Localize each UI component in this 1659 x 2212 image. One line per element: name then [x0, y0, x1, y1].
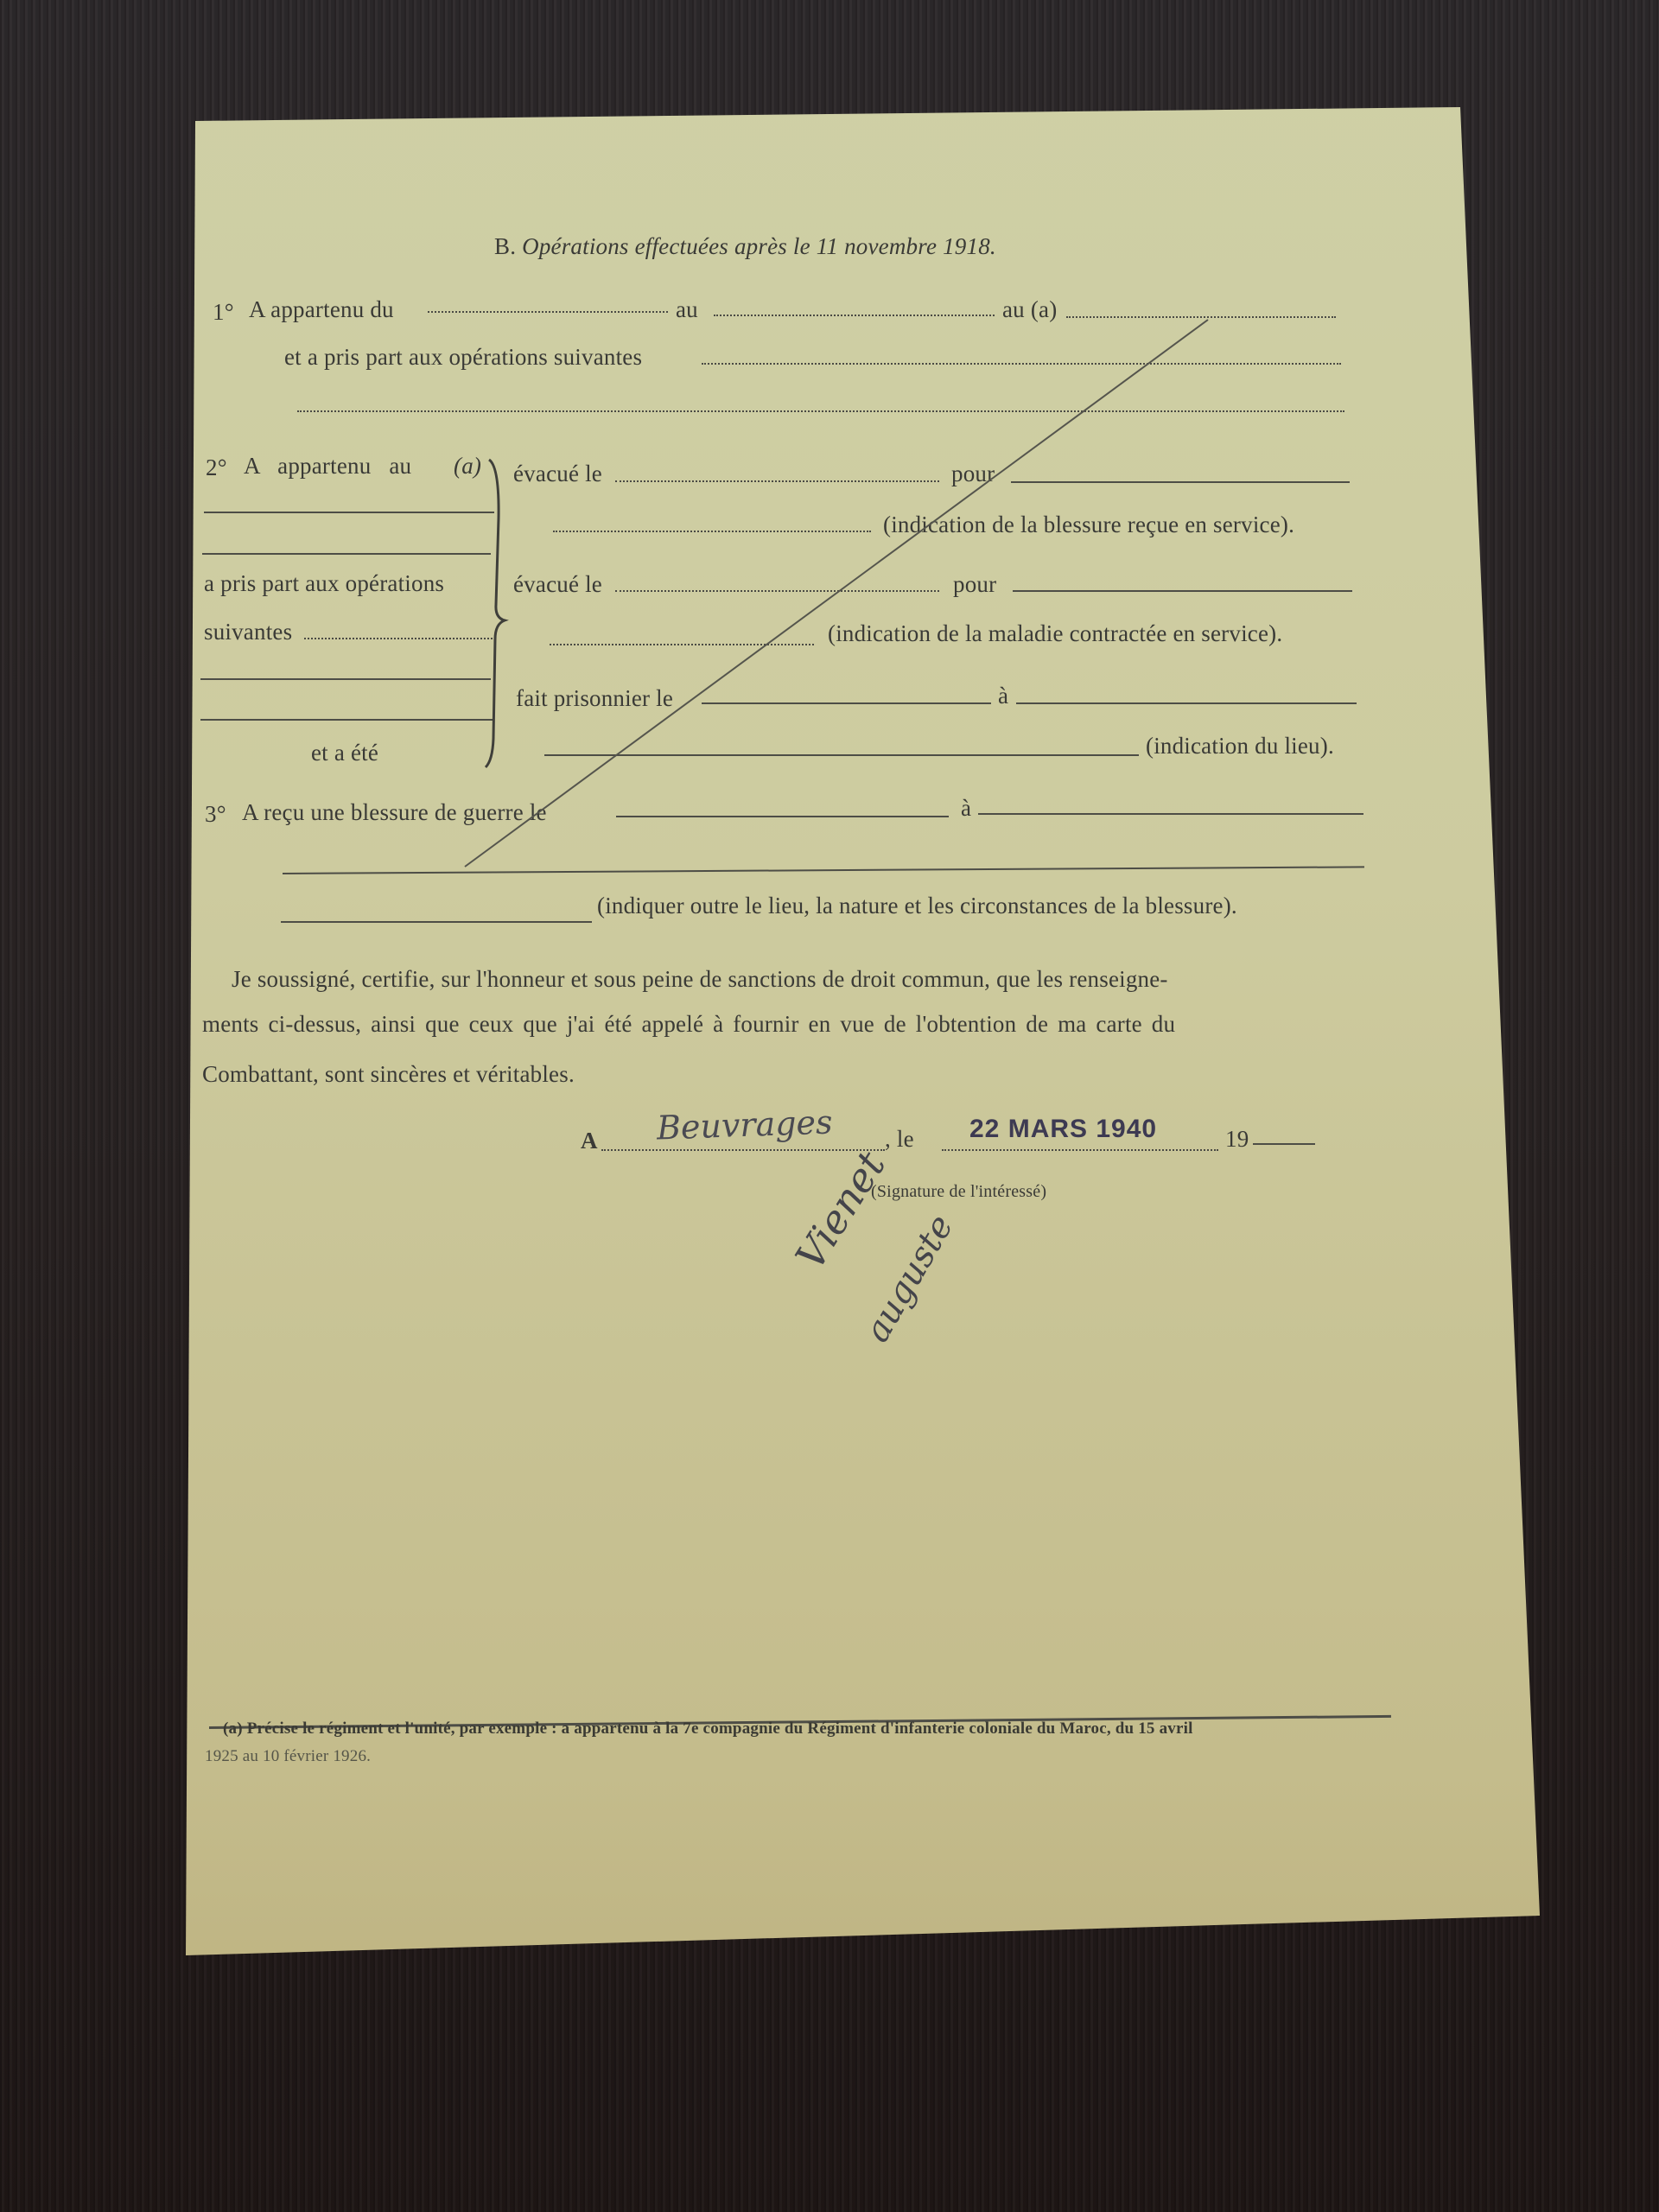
signature-label: (Signature de l'intéressé) — [871, 1182, 1046, 1202]
label-le: , le — [885, 1126, 914, 1153]
document-photo: B. Opérations effectuées après le 11 nov… — [0, 0, 1659, 2212]
footnote-marker: (a) — [223, 1719, 243, 1738]
footnote-line-2: 1925 au 10 février 1926. — [205, 1747, 371, 1766]
certification-line-2: ments ci-dessus, ainsi que ceux que j'ai… — [202, 1011, 1175, 1038]
place-handwritten: Beuvrages — [656, 1103, 833, 1147]
certification-line-1: Je soussigné, certifie, sur l'honneur et… — [232, 966, 1168, 993]
date-field[interactable] — [942, 1149, 1218, 1151]
year-field[interactable] — [1253, 1143, 1315, 1145]
label-year-prefix: 19 — [1225, 1126, 1249, 1153]
label-a-place: A — [581, 1128, 598, 1154]
date-stamp: 22 MARS 1940 — [969, 1115, 1157, 1144]
footnote-text-1: Précise le régiment et l'unité, par exem… — [247, 1719, 1193, 1738]
footnote-line-1: (a) Précise le régiment et l'unité, par … — [223, 1719, 1193, 1738]
certification-line-3: Combattant, sont sincères et véritables. — [202, 1061, 575, 1088]
place-field[interactable] — [601, 1149, 885, 1151]
